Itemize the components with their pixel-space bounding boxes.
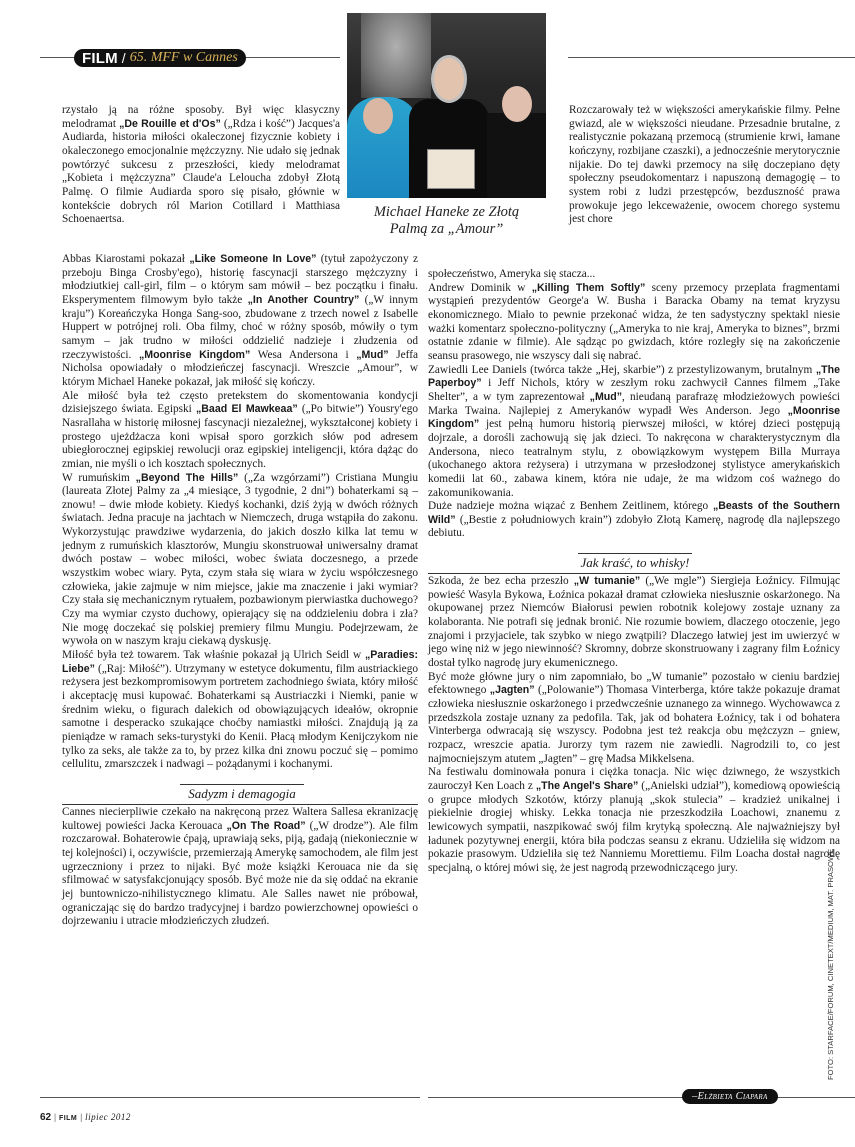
palme-dor-award: [427, 149, 475, 189]
film-title: „De Rouille et d'Os”: [119, 118, 221, 130]
film-title: „On The Road”: [226, 820, 305, 832]
paragraph: rzystało ją na różne sposoby. Był więc k…: [62, 104, 340, 227]
section-title: FILM: [82, 50, 118, 67]
footer-separator: |: [54, 1112, 56, 1122]
magazine-name: FILM: [59, 1115, 77, 1122]
right-column-top: Rozczarowały też w większości amerykańsk…: [569, 104, 840, 227]
subhead-whisky-wrap: Jak kraść, to whisky!: [428, 555, 840, 575]
paragraph: Ale miłość była też często pretekstem do…: [62, 390, 418, 472]
footer-separator: |: [80, 1112, 82, 1122]
page-footer: 62 | FILM | lipiec 2012: [40, 1112, 131, 1123]
photo-background-poster: [361, 13, 431, 98]
film-title: „Like Someone In Love”: [189, 253, 316, 265]
film-title: „The Angel's Share”: [536, 780, 639, 792]
photo-figure-center-head: [431, 55, 467, 103]
section-header: FILM / 65. MFF w Cannes: [74, 49, 246, 67]
header-rule-right: [568, 57, 855, 58]
author-byline: –Elżbieta Ciapara: [682, 1089, 778, 1104]
paragraph: Miłość była też towarem. Tak właśnie pok…: [62, 649, 418, 772]
film-title: „Baad El Mawkeaa”: [196, 403, 298, 415]
photo-figure-right-head: [502, 86, 532, 122]
paragraph: Szkoda, że bez echa przeszło „W tumanie”…: [428, 575, 840, 671]
film-title: „Moonrise Kingdom”: [139, 349, 250, 361]
section-subtitle: 65. MFF w Cannes: [130, 50, 238, 66]
film-title: „Beyond The Hills”: [136, 472, 239, 484]
film-title: „In Another Country”: [248, 294, 360, 306]
film-title: „Moonrise Kingdom”: [428, 405, 840, 431]
author-name: –Elżbieta Ciapara: [692, 1091, 768, 1102]
subhead-whisky: Jak kraść, to whisky!: [578, 553, 692, 572]
paragraph: Na festiwalu dominowała ponura i ciężka …: [428, 766, 840, 875]
photo-figure-left-head: [363, 98, 393, 134]
film-title: „Beasts of the Southern Wild”: [428, 500, 840, 526]
subhead-sadyzm-wrap: Sadyzm i demagogia: [62, 786, 418, 806]
subhead-sadyzm: Sadyzm i demagogia: [180, 784, 304, 803]
subhead-rule: [428, 573, 840, 574]
paragraph: Cannes niecierpliwie czekało na nakręcon…: [62, 806, 418, 929]
caption-line-2: Palmą za „Amour”: [347, 221, 546, 238]
right-column: społeczeństwo, Ameryka się stacza... And…: [428, 268, 840, 876]
paragraph: Andrew Dominik w „Killing Them Softly” s…: [428, 282, 840, 364]
article-photo: [347, 13, 546, 198]
subhead-rule: [62, 804, 418, 805]
caption-line-1: Michael Haneke ze Złotą: [347, 204, 546, 221]
left-column: Abbas Kiarostami pokazał „Like Someone I…: [62, 253, 418, 929]
film-title: „Paradies: Liebe”: [62, 649, 418, 675]
page-number: 62: [40, 1112, 51, 1123]
film-title: „W tumanie”: [574, 575, 640, 587]
film-title: „Killing Them Softly”: [532, 282, 646, 294]
film-title: „The Paperboy”: [428, 364, 840, 390]
film-title: „Mud”: [590, 391, 622, 403]
photo-credit: FOTO: STARFACE/FORUM, CINETEXT/MEDIUM, M…: [826, 840, 835, 1080]
photo-figure-right: [487, 113, 546, 198]
left-column-top: rzystało ją na różne sposoby. Był więc k…: [62, 104, 340, 227]
paragraph: W rumuńskim „Beyond The Hills” („Za wzgó…: [62, 472, 418, 650]
footer-rule-left: [40, 1097, 420, 1098]
film-title: „Mud”: [356, 349, 388, 361]
section-separator: /: [122, 50, 126, 66]
paragraph: Zawiedli Lee Daniels (twórca także „Hej,…: [428, 364, 840, 501]
paragraph: społeczeństwo, Ameryka się stacza...: [428, 268, 840, 282]
issue-date: lipiec 2012: [85, 1112, 131, 1122]
paragraph: Być może główne jury o nim zapomniało, b…: [428, 671, 840, 767]
film-title: „Jagten”: [490, 684, 535, 696]
paragraph: Duże nadzieje można wiązać z Benhem Zeit…: [428, 500, 840, 541]
paragraph: Abbas Kiarostami pokazał „Like Someone I…: [62, 253, 418, 390]
photo-caption: Michael Haneke ze Złotą Palmą za „Amour”: [347, 204, 546, 238]
footer-rule-right: [428, 1097, 855, 1098]
paragraph: Rozczarowały też w większości amerykańsk…: [569, 104, 840, 227]
